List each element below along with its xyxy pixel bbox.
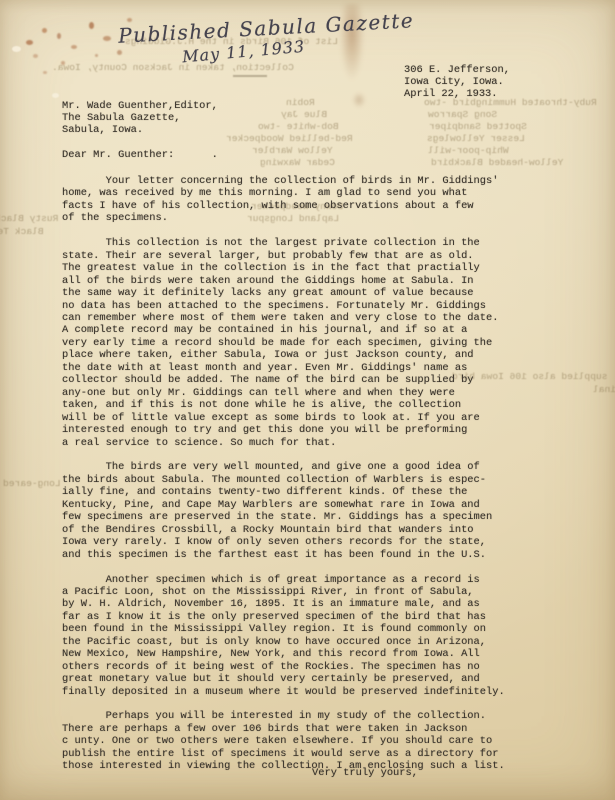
sender-address-block: 306 E. Jefferson, Iowa City, Iowa. April… xyxy=(404,64,510,101)
paper-speck xyxy=(12,46,21,52)
bleedthrough-text: Lesser Yellowlegs xyxy=(427,133,525,145)
rust-stain xyxy=(89,22,94,29)
ink-smudge xyxy=(352,92,366,108)
bleedthrough-text: Yellow Warbler xyxy=(252,145,333,157)
bleedthrough-text: Whip-poor-will xyxy=(428,145,509,157)
bleedthrough-text: Rusty Blackbird xyxy=(0,213,58,225)
paper-speck xyxy=(52,93,59,98)
bleedthrough-text: Red-bellied Woodpecker xyxy=(226,133,353,145)
rust-stain xyxy=(117,50,122,55)
rust-stain xyxy=(42,28,47,33)
closing-line: Very truly yours, xyxy=(312,767,418,779)
bleedthrough-text: Bob-white -two xyxy=(258,121,339,133)
recipient-address-block: Mr. Wade Guenther,Editor, The Sabula Gaz… xyxy=(62,100,218,137)
bleedthrough-text: Blue Jay xyxy=(281,109,327,121)
rust-stain xyxy=(33,54,38,58)
salutation: Dear Mr. Guenther: . xyxy=(62,149,218,161)
bleedthrough-text: Yellow-headed Blackbird xyxy=(431,157,563,169)
rust-stain xyxy=(57,33,61,39)
bleedthrough-text: Cedar Waxwing xyxy=(260,157,335,169)
rust-stain xyxy=(26,40,33,45)
bleedthrough-text: Black Tern xyxy=(0,226,44,238)
bleedthrough-text: Robin xyxy=(286,97,315,109)
bleedthrough-text: Long-eared Owl xyxy=(0,478,61,490)
rust-stain xyxy=(127,18,132,22)
bleedthrough-text: Spotted Sandpiper xyxy=(429,121,527,133)
handwritten-underline xyxy=(233,75,267,77)
rust-stain xyxy=(103,36,111,41)
letter-page: List of 106 Birds in the H.J.Giddings Co… xyxy=(0,0,615,800)
bleedthrough-text: Collection, taken in Jackson County, Iow… xyxy=(52,62,294,74)
rust-stain xyxy=(43,71,47,74)
letter-body: Your letter concerning the collection of… xyxy=(62,175,505,773)
bleedthrough-text: Song Sparrow xyxy=(428,109,497,121)
rust-stain xyxy=(95,54,98,57)
rust-stain xyxy=(71,45,77,49)
bleedthrough-text: Cardinal xyxy=(593,384,615,396)
